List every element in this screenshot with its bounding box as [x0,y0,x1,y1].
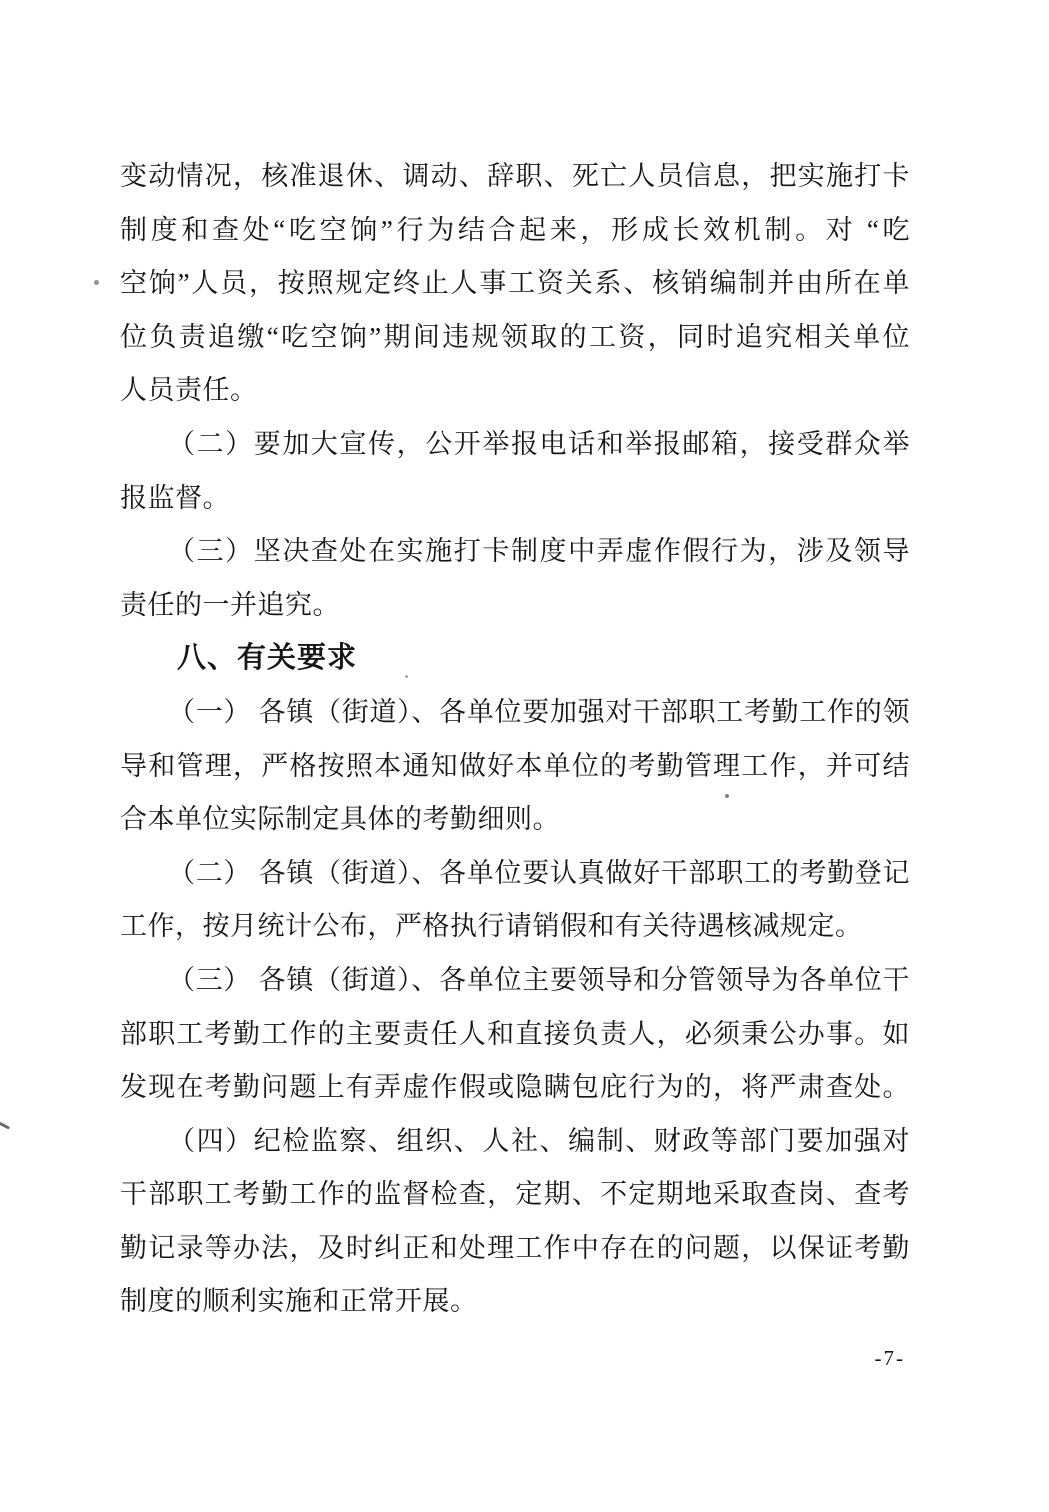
page-number: -7- [875,1346,906,1371]
document-lines: 变动情况，核准退休、调动、辞职、死亡人员信息，把实施打卡制度和查处“吃空饷”行为… [120,150,910,1329]
text-line: （三）坚决查处在实施打卡制度中弄虚作假行为，涉及领导 [120,525,910,579]
text-line: 责任的一并追究。 [120,579,910,633]
text-line: 工作，按月统计公布，严格执行请销假和有关待遇核减规定。 [120,900,910,954]
document-page: 变动情况，核准退休、调动、辞职、死亡人员信息，把实施打卡制度和查处“吃空饷”行为… [0,0,1049,1512]
text-line: 合本单位实际制定具体的考勤细则。 [120,793,910,847]
text-line: （二） 各镇（街道）、各单位要认真做好干部职工的考勤登记 [120,847,910,901]
text-line: （四）纪检监察、组织、人社、编制、财政等部门要加强对 [120,1115,910,1169]
text-line: 发现在考勤问题上有弄虚作假或隐瞒包庇行为的，将严肃查处。 [120,1061,910,1115]
text-line: （二）要加大宣传，公开举报电话和举报邮箱，接受群众举 [120,418,910,472]
section-heading: 八、有关要求 [120,632,910,686]
text-line: 勤记录等办法，及时纠正和处理工作中存在的问题，以保证考勤 [120,1222,910,1276]
text-line: 制度的顺利实施和正常开展。 [120,1275,910,1329]
text-line: （三） 各镇（街道）、各单位主要领导和分管领导为各单位干 [120,954,910,1008]
scan-speck [725,794,729,798]
text-line: 干部职工考勤工作的监督检查，定期、不定期地采取查岗、查考 [120,1168,910,1222]
scan-speck [94,280,99,285]
text-line: 导和管理，严格按照本通知做好本单位的考勤管理工作，并可结 [120,740,910,794]
text-line: 制度和查处“吃空饷”行为结合起来，形成长效机制。对 “吃 [120,204,910,258]
text-line: 部职工考勤工作的主要责任人和直接负责人，必须秉公办事。如 [120,1008,910,1062]
text-line: 位负责追缴“吃空饷”期间违规领取的工资，同时追究相关单位 [120,311,910,365]
text-line: 空饷”人员，按照规定终止人事工资关系、核销编制并由所在单 [120,257,910,311]
text-line: 变动情况，核准退休、调动、辞职、死亡人员信息，把实施打卡 [120,150,910,204]
scan-edge-artifact [0,1121,10,1129]
text-line: （一） 各镇（街道）、各单位要加强对干部职工考勤工作的领 [120,686,910,740]
text-line: 报监督。 [120,472,910,526]
text-line: 人员责任。 [120,364,910,418]
scan-speck [405,675,408,678]
